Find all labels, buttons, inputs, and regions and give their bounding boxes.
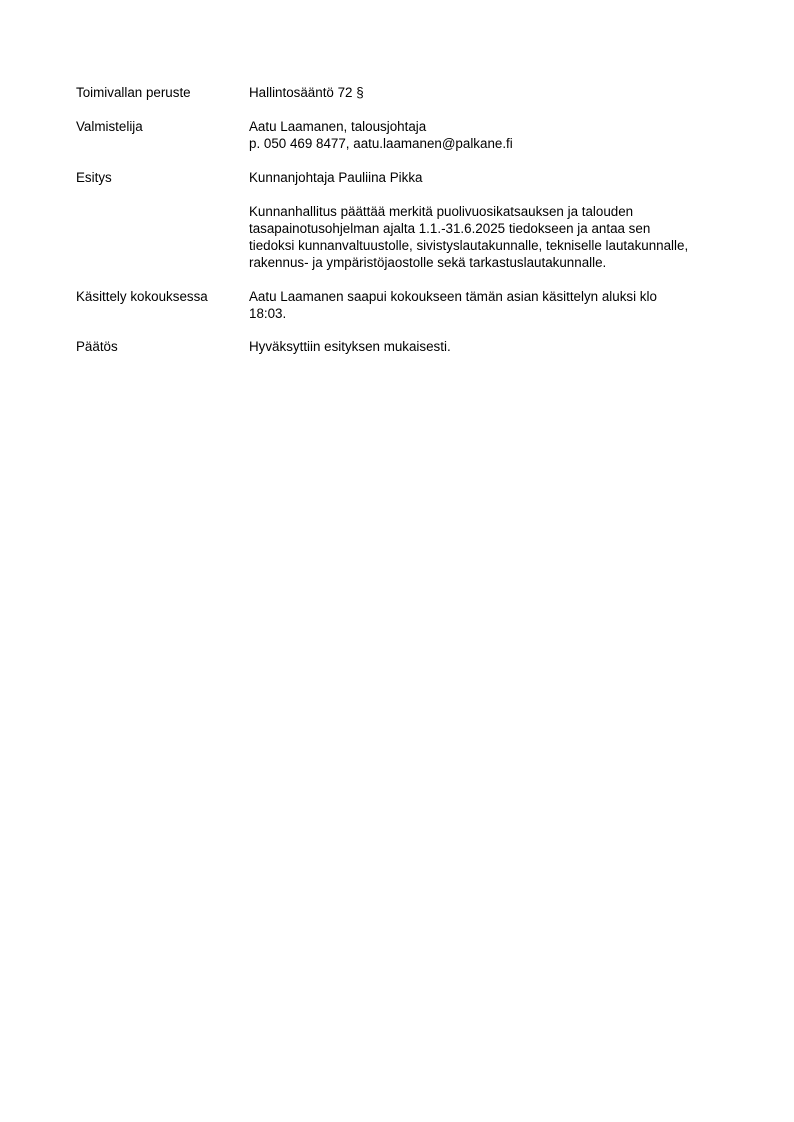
- text-line: rakennus- ja ympäristöjaostolle sekä tar…: [249, 254, 739, 271]
- text-line: Hallintosääntö 72 §: [249, 84, 739, 101]
- text-line: Aatu Laamanen, talousjohtaja: [249, 118, 739, 135]
- text-line: Kunnanjohtaja Pauliina Pikka: [249, 169, 739, 186]
- text-line: 18:03.: [249, 305, 739, 322]
- row-value: Aatu Laamanen saapui kokoukseen tämän as…: [249, 288, 739, 322]
- row-label: Toimivallan peruste: [76, 84, 246, 101]
- row-label: Käsittely kokouksessa: [76, 288, 246, 305]
- paragraph: Kunnanhallitus päättää merkitä puolivuos…: [249, 203, 739, 271]
- row-label: Esitys: [76, 169, 246, 186]
- text-line: Aatu Laamanen saapui kokoukseen tämän as…: [249, 288, 739, 305]
- text-line: Kunnanhallitus päättää merkitä puolivuos…: [249, 203, 739, 220]
- paragraph: Hallintosääntö 72 §: [249, 84, 739, 101]
- text-line: tiedoksi kunnanvaltuustolle, sivistyslau…: [249, 237, 739, 254]
- row-value: Aatu Laamanen, talousjohtaja p. 050 469 …: [249, 118, 739, 152]
- text-line: tasapainotusohjelman ajalta 1.1.-31.6.20…: [249, 220, 739, 237]
- contact-line: p. 050 469 8477, aatu.laamanen@palkane.f…: [249, 135, 739, 152]
- document-page: Toimivallan peruste Hallintosääntö 72 § …: [0, 0, 794, 1122]
- paragraph: Hyväksyttiin esityksen mukaisesti.: [249, 338, 739, 355]
- text-line: Hyväksyttiin esityksen mukaisesti.: [249, 338, 739, 355]
- paragraph: Aatu Laamanen saapui kokoukseen tämän as…: [249, 288, 739, 322]
- row-value: Hallintosääntö 72 §: [249, 84, 739, 101]
- paragraph: Aatu Laamanen, talousjohtaja p. 050 469 …: [249, 118, 739, 152]
- paragraph: Kunnanjohtaja Pauliina Pikka: [249, 169, 739, 186]
- row-value: Kunnanjohtaja Pauliina Pikka Kunnanhalli…: [249, 169, 739, 271]
- row-label: Päätös: [76, 338, 246, 355]
- row-value: Hyväksyttiin esityksen mukaisesti.: [249, 338, 739, 355]
- row-label: Valmistelija: [76, 118, 246, 135]
